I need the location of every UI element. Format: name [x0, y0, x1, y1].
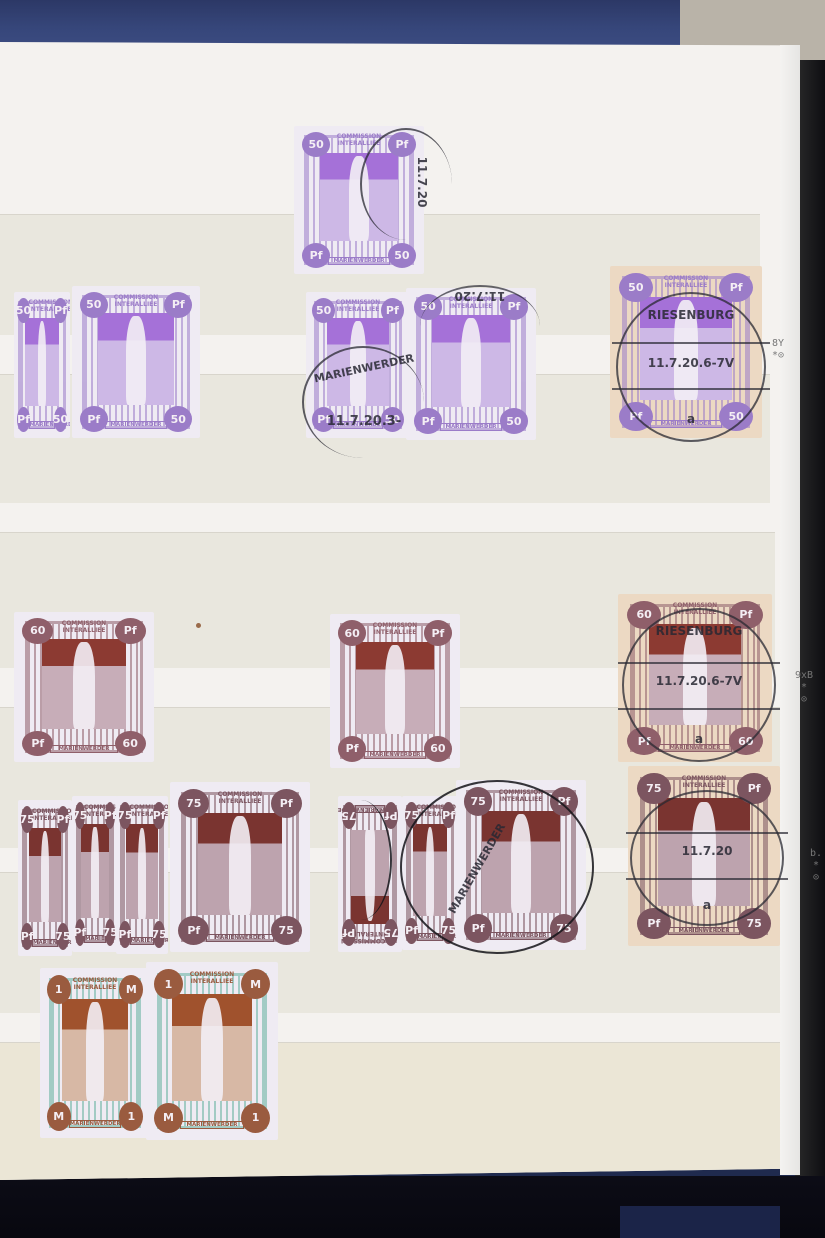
cover-edge [620, 1206, 780, 1238]
stamp-inscription: COMMISSION INTERALLIEE [29, 299, 56, 313]
stamp-town: MARIENWERDER [668, 927, 741, 935]
value-corner: 75 [737, 908, 770, 939]
value-corner: 50 [388, 243, 417, 268]
stamp-inscription: COMMISSION INTERALLIEE [658, 602, 732, 616]
stamp-town: MARIENWERDER [328, 257, 390, 265]
unit-corner: Pf [381, 298, 404, 323]
value-corner: 60 [115, 731, 146, 757]
value-corner: 60 [22, 618, 53, 644]
stamp-town: MARIENWERDER [206, 934, 273, 942]
unit-corner: M [154, 1103, 183, 1133]
unit-corner: Pf [729, 601, 763, 630]
unit-corner: Pf [637, 908, 670, 939]
value-corner: 75 [178, 789, 209, 818]
value-corner: 50 [54, 407, 66, 432]
allegorical-figure [86, 1002, 104, 1101]
stamp-inscription: COMMISSION INTERALLIEE [364, 622, 426, 636]
stamp-75pf: COMMISSION INTERALLIEEMARIENWERDER75PfPf… [170, 782, 310, 952]
value-corner: 50 [312, 298, 335, 323]
stamp-inscription: COMMISSION INTERALLIEE [105, 294, 166, 308]
unit-corner: Pf [75, 919, 85, 946]
allegorical-figure [350, 321, 367, 406]
unit-corner: Pf [338, 736, 367, 762]
stamp-town: MARIENWERDER [364, 751, 426, 759]
margin-note: b. * ⊙ [810, 848, 822, 884]
value-corner: 75 [464, 787, 493, 816]
stamp-inscription: COMMISSION INTERALLIEE [650, 275, 723, 289]
value-corner: 75 [271, 916, 302, 945]
allegorical-figure [365, 830, 375, 920]
unit-corner: Pf [153, 802, 164, 829]
stamp-town: MARIENWERDER [69, 1120, 122, 1128]
stamp-town: MARIENWERDER [440, 423, 502, 431]
stamp-75pf: COMMISSION INTERALLIEEMARIENWERDER75PfPf… [456, 780, 586, 950]
stamp-town: MARIENWERDER [490, 932, 552, 940]
allegorical-figure [674, 300, 698, 400]
stamp-inscription: COMMISSION INTERALLIEE [180, 971, 243, 985]
allegorical-figure [41, 831, 50, 921]
stamp-inscription: COMMISSION INTERALLIEE [440, 296, 502, 310]
value-corner: 50 [381, 407, 404, 432]
value-corner: 75 [384, 919, 398, 946]
unit-corner: Pf [500, 294, 529, 320]
unit-corner: Pf [737, 773, 770, 804]
value-corner: 75 [21, 806, 33, 833]
stamp-50pf: COMMISSION INTERALLIEEMARIENWERDER50PfPf… [294, 126, 424, 274]
unit-corner: Pf [619, 402, 652, 431]
value-corner: 1 [47, 975, 71, 1004]
stamp-50pf: COMMISSION INTERALLIEEMARIENWERDER50PfPf… [72, 286, 200, 438]
stamp-75pf: COMMISSION INTERALLIEEMARIENWERDER75PfPf… [72, 796, 118, 952]
unit-corner: Pf [54, 298, 66, 323]
value-corner: 60 [424, 736, 453, 762]
album-cover-top [0, 0, 680, 46]
unit-corner: Pf [22, 731, 53, 757]
allegorical-figure [461, 318, 482, 406]
value-corner: 75 [637, 773, 670, 804]
stamp-50pf: COMMISSION INTERALLIEEMARIENWERDER50PfPf… [14, 292, 70, 438]
stamp-1m: COMMISSION INTERALLIEEMARIENWERDER1MM1 [146, 962, 278, 1140]
allegorical-figure [73, 642, 95, 729]
value-corner: 75 [153, 921, 164, 948]
stamp-town: MARIENWERDER [50, 745, 117, 753]
value-corner: 50 [414, 294, 443, 320]
stamp-town: MARIENWERDER [32, 939, 58, 947]
stamp-town: MARIENWERDER [355, 805, 386, 813]
allegorical-figure [201, 998, 222, 1101]
stamp-town: MARIENWERDER [29, 421, 56, 429]
stamp-inscription: COMMISSION INTERALLIEE [206, 791, 273, 805]
margin-note: 8Y *⊙ [772, 338, 784, 362]
allegorical-figure [229, 816, 251, 915]
stamp-75pf: COMMISSION INTERALLIEEMARIENWERDER75PfPf… [338, 796, 402, 952]
allegorical-figure [426, 827, 435, 916]
unit-corner: M [47, 1102, 71, 1131]
unit-corner: Pf [115, 618, 146, 644]
stamp-town: MARIENWERDER [650, 420, 723, 428]
stamp-60pf: COMMISSION INTERALLIEEMARIENWERDER60PfPf… [618, 594, 772, 762]
stamp-50pf: COMMISSION INTERALLIEEMARIENWERDER50PfPf… [406, 288, 536, 440]
allegorical-figure [385, 645, 406, 734]
stamp-inscription: COMMISSION INTERALLIEE [490, 789, 552, 803]
unit-corner: Pf [164, 292, 192, 318]
unit-corner: Pf [388, 132, 417, 157]
allegorical-figure [511, 814, 532, 913]
unit-corner: Pf [442, 802, 454, 828]
stamp-75pf: COMMISSION INTERALLIEEMARIENWERDER75PfPf… [18, 800, 72, 956]
value-corner: 50 [619, 273, 652, 302]
stamp-town: MARIENWERDER [180, 1121, 243, 1129]
album-cover-bottom [0, 1176, 825, 1238]
value-corner: 50 [17, 298, 29, 323]
allegorical-figure [38, 321, 47, 406]
value-corner: 75 [405, 802, 417, 828]
stamp-inscription: COMMISSION INTERALLIEE [50, 620, 117, 634]
unit-corner: Pf [80, 406, 108, 432]
stamp-1m: COMMISSION INTERALLIEEMARIENWERDER1MM1 [40, 968, 150, 1138]
value-corner: 75 [119, 802, 130, 829]
stamp-inscription: COMMISSION INTERALLIEE [69, 977, 122, 991]
value-corner: 75 [75, 802, 85, 829]
value-corner: 1 [241, 1103, 270, 1133]
unit-corner: Pf [384, 802, 398, 829]
value-corner: 50 [80, 292, 108, 318]
stamp-inscription: COMMISSION INTERALLIEE [355, 930, 386, 944]
stamp-inscription: COMMISSION INTERALLIEE [668, 775, 741, 789]
stamp-60pf: COMMISSION INTERALLIEEMARIENWERDER60PfPf… [330, 614, 460, 768]
stamp-60pf: COMMISSION INTERALLIEEMARIENWERDER60PfPf… [14, 612, 154, 762]
value-corner: 75 [57, 923, 69, 950]
stamp-town: MARIENWERDER [417, 933, 444, 941]
allegorical-figure [349, 156, 370, 242]
unit-corner: Pf [17, 407, 29, 432]
unit-corner: Pf [405, 918, 417, 944]
unit-corner: Pf [119, 921, 130, 948]
stamp-50pf: COMMISSION INTERALLIEEMARIENWERDER50PfPf… [306, 292, 410, 438]
stamp-75pf: COMMISSION INTERALLIEEMARIENWERDER75PfPf… [116, 796, 168, 954]
unit-corner: Pf [627, 727, 661, 756]
stamp-inscription: COMMISSION INTERALLIEE [333, 299, 383, 313]
stamp-inscription: COMMISSION INTERALLIEE [328, 133, 390, 147]
unit-corner: Pf [21, 923, 33, 950]
stamp-town: MARIENWERDER [105, 421, 166, 429]
unit-corner: Pf [719, 273, 752, 302]
allegorical-figure [91, 827, 98, 917]
stamp-inscription: COMMISSION INTERALLIEE [32, 808, 58, 822]
allegorical-figure [683, 628, 708, 725]
unit-corner: Pf [57, 806, 69, 833]
stamp-75pf: COMMISSION INTERALLIEEMARIENWERDER75PfPf… [628, 766, 780, 946]
value-corner: 50 [164, 406, 192, 432]
album-mark [196, 623, 201, 628]
value-corner: 50 [500, 408, 529, 434]
unit-corner: Pf [414, 408, 443, 434]
margin-note: 9xB * ⊙ [795, 670, 813, 706]
stamp-75pf: COMMISSION INTERALLIEEMARIENWERDER75PfPf… [402, 796, 458, 950]
stamp-town: MARIENWERDER [658, 744, 732, 752]
unit-corner: Pf [550, 787, 579, 816]
value-corner: 75 [342, 802, 356, 829]
stamp-town: MARIENWERDER [333, 421, 383, 429]
value-corner: 1 [154, 969, 183, 999]
unit-corner: M [119, 975, 143, 1004]
allegorical-figure [692, 802, 716, 906]
value-corner: 75 [442, 918, 454, 944]
value-corner: 60 [729, 727, 763, 756]
allegorical-figure [138, 828, 146, 920]
unit-corner: Pf [271, 789, 302, 818]
allegorical-figure [126, 316, 146, 404]
stamp-inscription: COMMISSION INTERALLIEE [417, 804, 444, 818]
unit-corner: Pf [342, 919, 356, 946]
stamp-inscription: COMMISSION INTERALLIEE [130, 804, 155, 818]
page-edge [780, 45, 800, 1175]
value-corner: 50 [719, 402, 752, 431]
value-corner: 60 [627, 601, 661, 630]
stamp-50pf: COMMISSION INTERALLIEEMARIENWERDER50PfPf… [610, 266, 762, 438]
